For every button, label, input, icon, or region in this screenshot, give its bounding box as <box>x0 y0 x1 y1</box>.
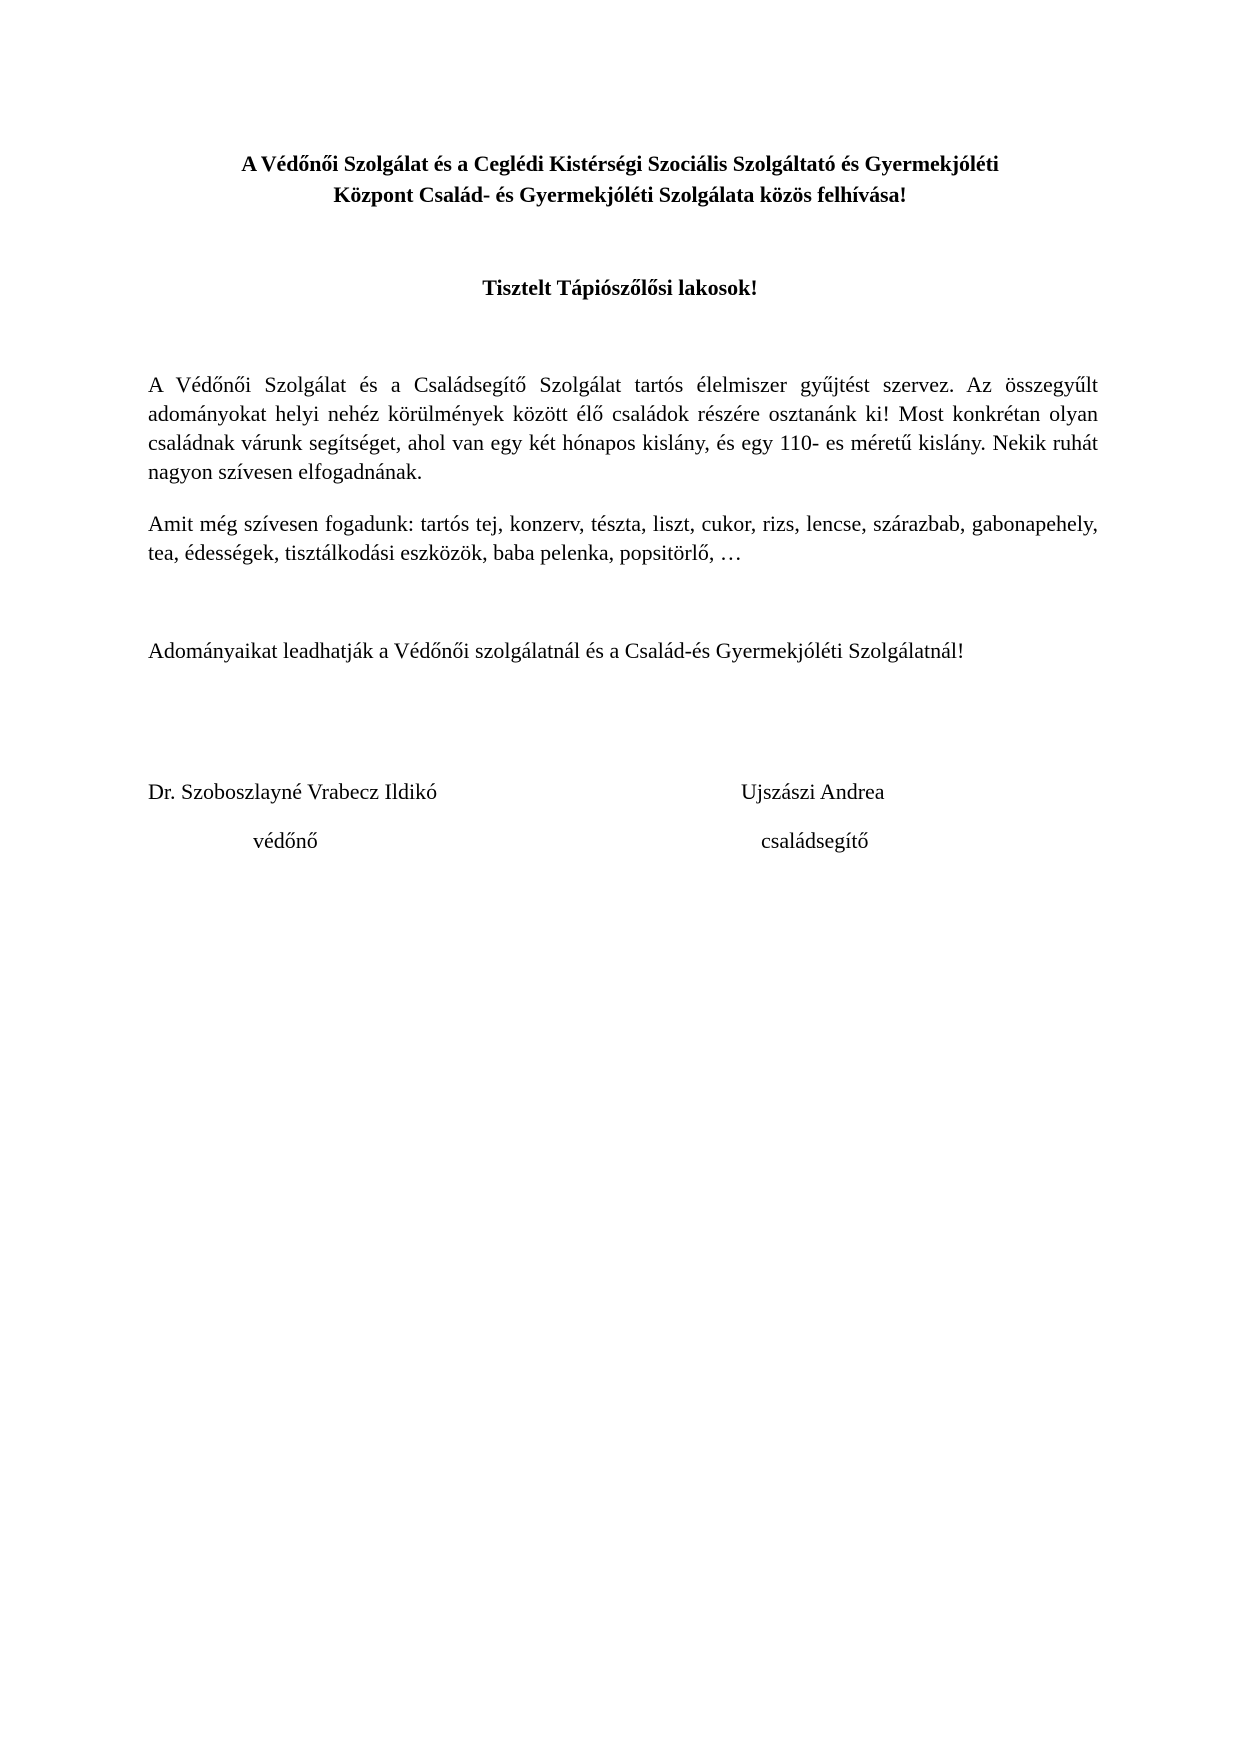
document-page: A Védőnői Szolgálat és a Ceglédi Kistérs… <box>0 0 1241 1755</box>
title-line-2: Központ Család- és Gyermekjóléti Szolgál… <box>150 179 1090 210</box>
signature-role-1: védőnő <box>253 826 318 856</box>
signature-name-2: Ujszászi Andrea <box>741 777 885 807</box>
title-line-1: A Védőnői Szolgálat és a Ceglédi Kistérs… <box>150 148 1090 179</box>
greeting-heading: Tisztelt Tápiószőlősi lakosok! <box>150 273 1090 303</box>
signature-role-2: családsegítő <box>761 826 869 856</box>
paragraph-accepted-items: Amit még szívesen fogadunk: tartós tej, … <box>148 509 1098 567</box>
document-title: A Védőnői Szolgálat és a Ceglédi Kistérs… <box>150 148 1090 210</box>
signature-name-1: Dr. Szoboszlayné Vrabecz Ildikó <box>148 777 437 807</box>
paragraph-collection-announcement: A Védőnői Szolgálat és a Családsegítő Sz… <box>148 370 1098 486</box>
paragraph-drop-off-info: Adományaikat leadhatják a Védőnői szolgá… <box>148 636 1128 665</box>
